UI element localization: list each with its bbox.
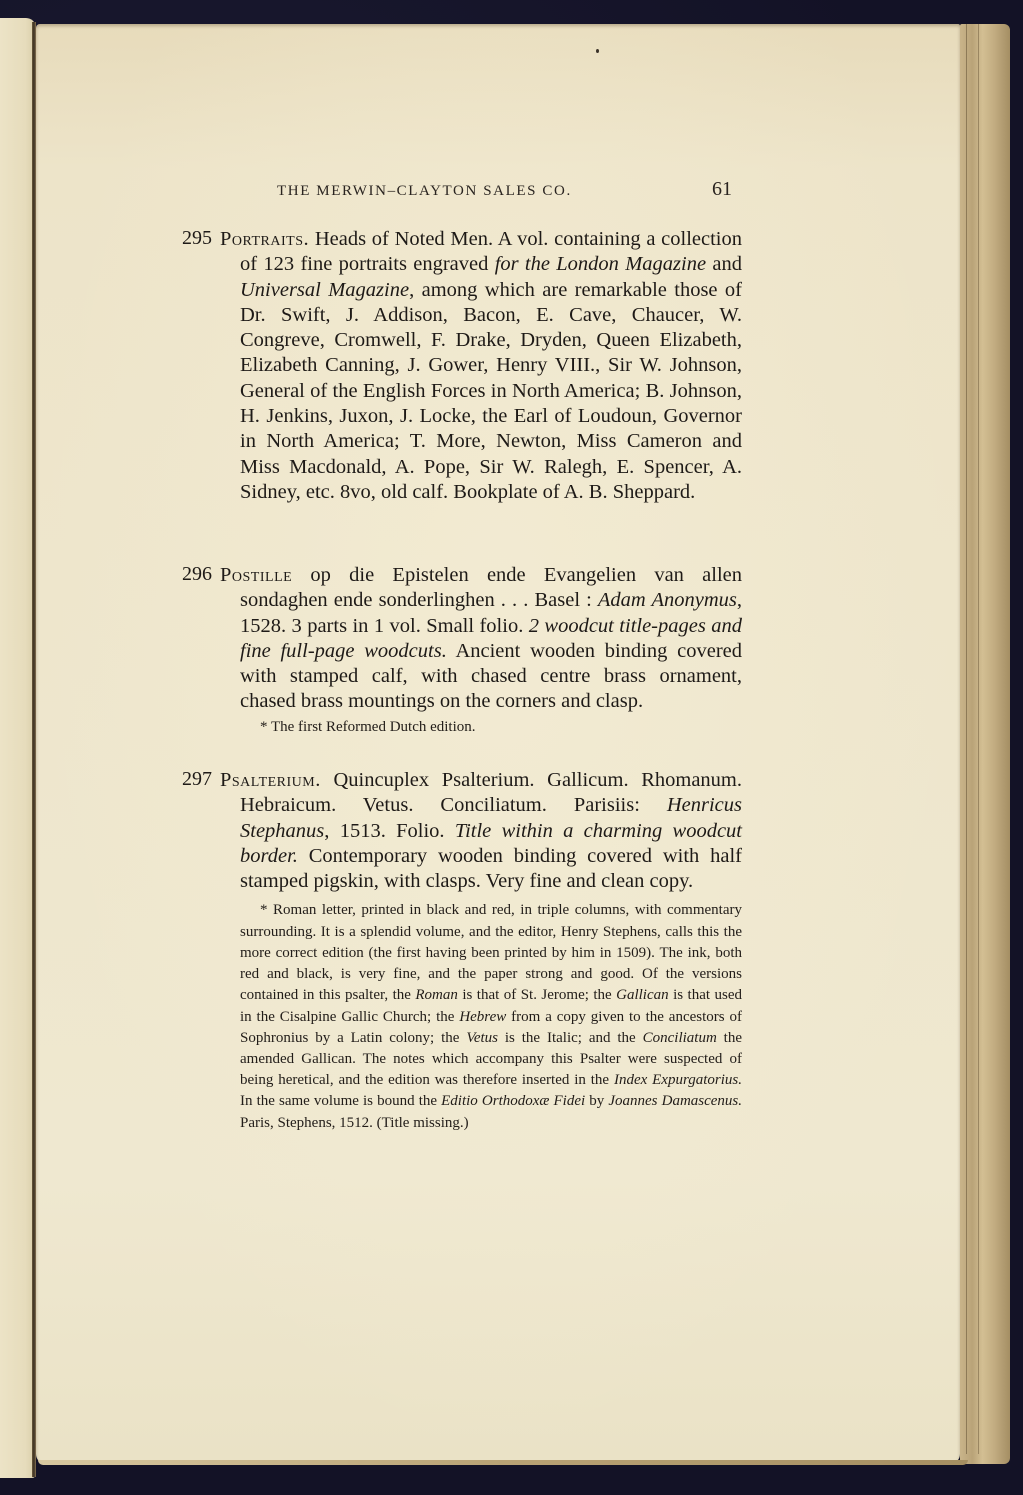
entry-footnote: * Roman letter, printed in black and red… bbox=[240, 900, 742, 1133]
italic-text: Index Expurgatorius. bbox=[614, 1072, 742, 1088]
italic-text: Editio Orthodoxæ Fidei bbox=[441, 1093, 585, 1109]
catalog-entry: 295 Portraits. Heads of Noted Men. A vol… bbox=[182, 227, 742, 505]
entry-text: Heads of Noted Men. A vol. containing a … bbox=[240, 228, 742, 503]
catalog-entry: 297 Psalterium. Quincuplex Psalterium. G… bbox=[182, 768, 742, 1134]
entry-body: Psalterium. Quincuplex Psalterium. Galli… bbox=[220, 768, 742, 894]
text-run: Paris, Stephens, 1512. (Title missing.) bbox=[240, 1115, 469, 1131]
text-run: , 1513. Folio. bbox=[324, 820, 455, 842]
page-stack-edges bbox=[960, 24, 1010, 1464]
text-run: and bbox=[706, 253, 742, 275]
lot-number: 297 bbox=[182, 768, 218, 791]
italic-text: Conciliatum bbox=[643, 1030, 717, 1046]
entry-footnote: * The first Reformed Dutch edition. bbox=[240, 717, 742, 738]
text-run: is the Italic; and the bbox=[498, 1030, 643, 1046]
catalog-entry: 296 Postille op die Epistelen ende Evang… bbox=[182, 563, 742, 738]
italic-text: Gallican bbox=[616, 987, 669, 1003]
entry-text: op die Epistelen ende Evangelien van all… bbox=[240, 564, 742, 712]
entry-heading: Psalterium. bbox=[220, 769, 321, 791]
lot-number: 295 bbox=[182, 227, 218, 250]
lot-number: 296 bbox=[182, 563, 218, 586]
italic-text: Hebrew bbox=[459, 1009, 506, 1025]
entry-heading: Portraits. bbox=[220, 228, 309, 250]
italic-text: for the London Magazine bbox=[495, 253, 706, 275]
page-edge-line bbox=[966, 24, 967, 1454]
page-edge-line bbox=[978, 24, 979, 1454]
entry-body: Postille op die Epistelen ende Evangelie… bbox=[220, 563, 742, 715]
text-run: In the same volume is bound the bbox=[240, 1093, 441, 1109]
italic-text: Joannes Damascenus. bbox=[608, 1093, 742, 1109]
entry-heading: Postille bbox=[220, 564, 292, 586]
italic-text: Roman bbox=[415, 987, 458, 1003]
italic-text: Vetus bbox=[466, 1030, 498, 1046]
page-bottom-edge bbox=[38, 1460, 968, 1465]
text-run: is that of St. Jerome; the bbox=[458, 987, 616, 1003]
italic-text: Adam Anonymus bbox=[598, 589, 737, 611]
previous-page-edge bbox=[0, 18, 36, 1478]
entry-body: Portraits. Heads of Noted Men. A vol. co… bbox=[220, 227, 742, 505]
text-run: , among which are remarkable those of Dr… bbox=[240, 279, 742, 503]
page-number: 61 bbox=[712, 178, 732, 201]
text-run: by bbox=[585, 1093, 608, 1109]
running-head: THE MERWIN–CLAYTON SALES CO. bbox=[277, 183, 572, 200]
text-run: Contemporary wooden binding covered with… bbox=[240, 845, 742, 892]
italic-text: Universal Magazine bbox=[240, 279, 409, 301]
ink-speck bbox=[596, 49, 599, 53]
text-run: * The first Reformed Dutch edition. bbox=[260, 719, 476, 735]
